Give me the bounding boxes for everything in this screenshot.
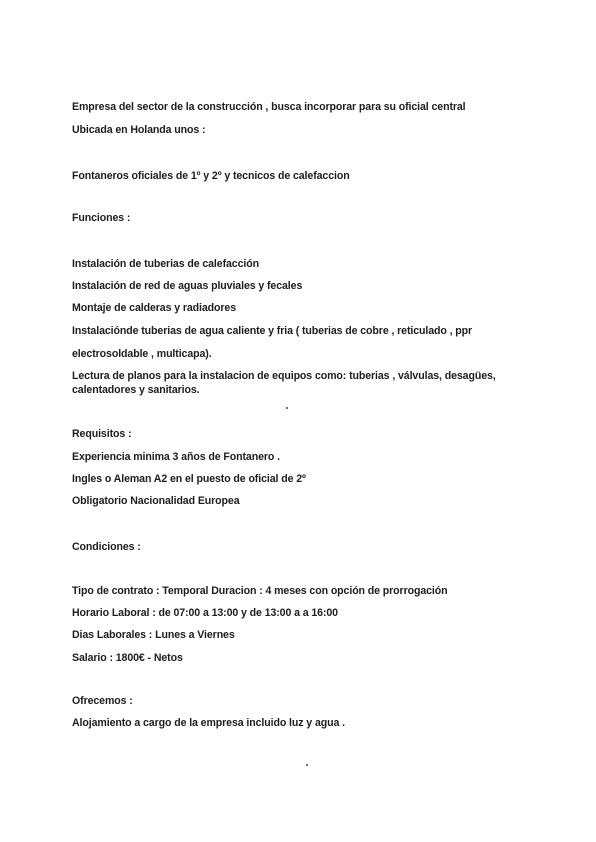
ofrecemos-item: Alojamiento a cargo de la empresa inclui… — [72, 717, 345, 730]
scan-speck — [286, 407, 288, 409]
position-title: Fontaneros oficiales de 1º y 2º y tecnic… — [72, 170, 350, 183]
funciones-heading: Funciones : — [72, 212, 130, 225]
funciones-item: electrosoldable , multicapa). — [72, 348, 212, 361]
requisitos-item: Obligatorio Nacionalidad Europea — [72, 495, 240, 508]
condiciones-item: Tipo de contrato : Temporal Duracion : 4… — [72, 585, 448, 598]
funciones-item: Montaje de calderas y radiadores — [72, 302, 236, 315]
intro-line-1: Empresa del sector de la construcción , … — [72, 101, 466, 114]
scan-speck — [306, 764, 308, 766]
funciones-item: Instalación de tuberias de calefacción — [72, 258, 259, 271]
ofrecemos-heading: Ofrecemos : — [72, 695, 133, 708]
condiciones-item: Dias Laborales : Lunes a Viernes — [72, 629, 235, 642]
funciones-item: Lectura de planos para la instalacion de… — [72, 370, 496, 383]
funciones-item: calentadores y sanitarios. — [72, 384, 200, 397]
condiciones-item: Salario : 1800€ - Netos — [72, 652, 183, 665]
requisitos-item: Ingles o Aleman A2 en el puesto de ofici… — [72, 473, 306, 486]
condiciones-heading: Condiciones : — [72, 541, 141, 554]
requisitos-heading: Requisitos : — [72, 428, 131, 441]
funciones-item: Instalación de red de aguas pluviales y … — [72, 280, 302, 293]
condiciones-item: Horario Laboral : de 07:00 a 13:00 y de … — [72, 607, 338, 620]
funciones-item: Instalaciónde tuberias de agua caliente … — [72, 325, 472, 338]
requisitos-item: Experiencia minima 3 años de Fontanero . — [72, 451, 280, 464]
intro-line-2: Ubicada en Holanda unos : — [72, 124, 205, 137]
